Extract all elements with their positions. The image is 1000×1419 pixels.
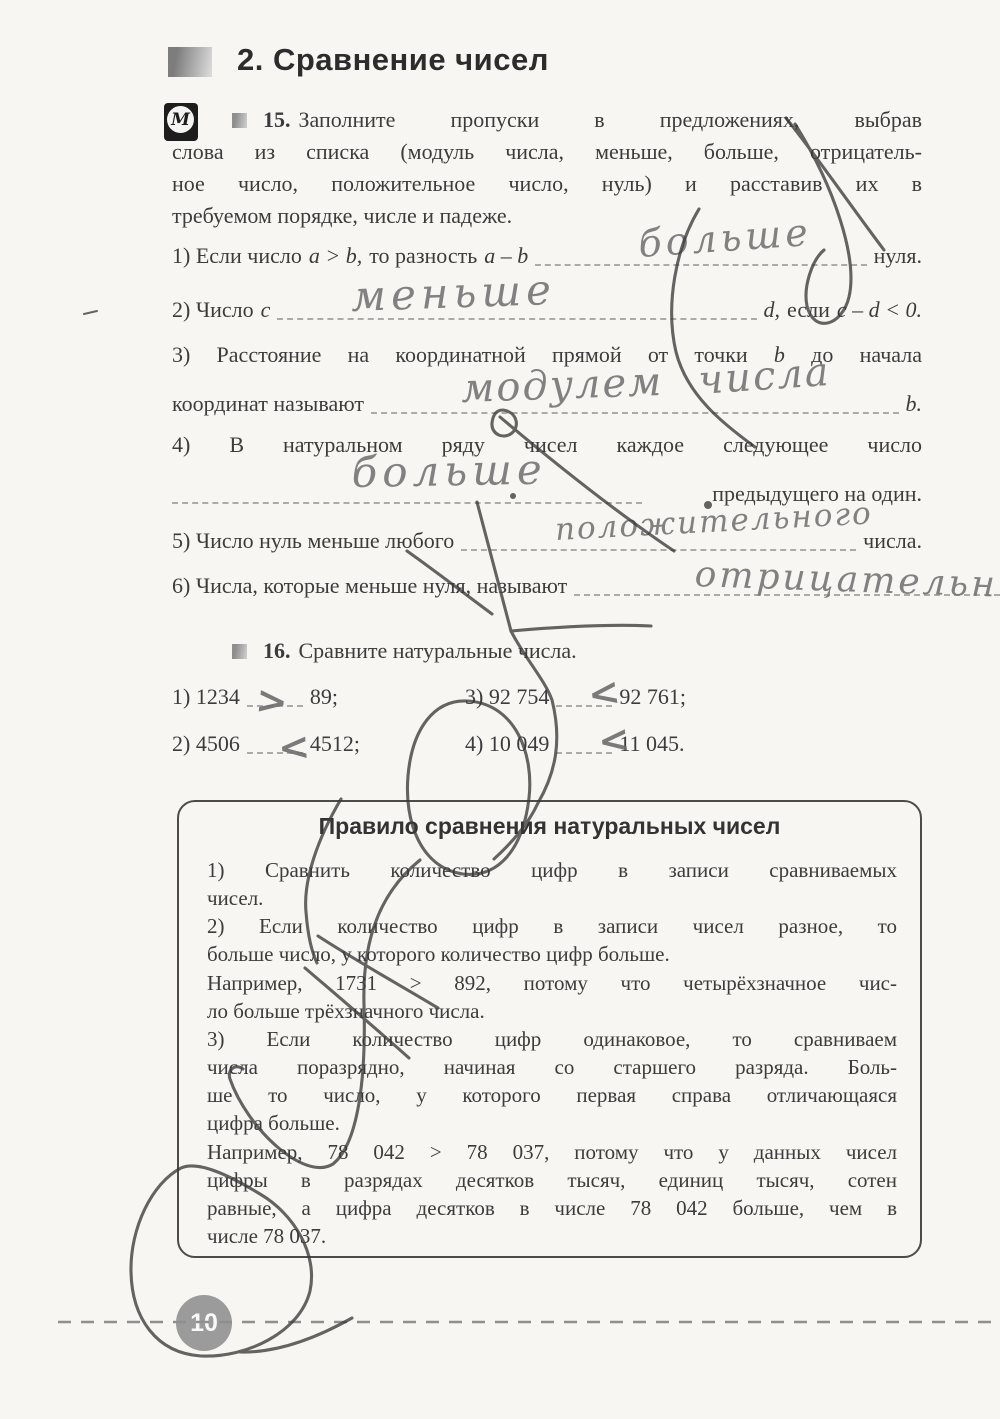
rule-line: Например, 1731 > 892, потому что четырёх… — [207, 970, 897, 997]
item-text: координат называют — [172, 391, 364, 417]
margin-mark — [84, 311, 97, 314]
task15-intro-line: слова из списка (модуль числа, меньше, б… — [172, 138, 922, 166]
rule-line: чисел. — [207, 885, 897, 912]
workbook-scanned-page: 2. Сравнение чисел М 15.Заполните пропус… — [0, 0, 1000, 1419]
handwritten-answer-4: больше — [351, 445, 547, 497]
item-text: если — [787, 297, 830, 323]
item-text: 1) Если число — [172, 243, 302, 269]
item-text: 6) Числа, которые меньше нуля, называют — [172, 573, 567, 599]
rule-line: 1) Сравнить количество цифр в записи сра… — [207, 857, 897, 884]
rule-line: цифры в разрядах десятков тысяч, единиц … — [207, 1167, 897, 1194]
task16-title: Сравните натуральные числа. — [299, 638, 577, 663]
task16-number: 16. — [263, 638, 291, 663]
page-number: 10 — [190, 1309, 218, 1338]
rule-line: 3) Если количество цифр одинаковое, то с… — [207, 1026, 897, 1053]
item-text: 1) 1234 — [172, 684, 240, 710]
item-text: 2) Число — [172, 297, 254, 323]
math-var: b. — [906, 391, 923, 417]
math-expr: c – d < 0. — [837, 297, 922, 323]
item-text: 92 761; — [619, 684, 686, 710]
method-badge-icon: М — [164, 103, 198, 141]
handwritten-answer-3b: числа — [697, 349, 832, 404]
handwritten-sign-4: < — [596, 715, 632, 763]
rule-box-title: Правило сравнения натуральных чисел — [177, 813, 922, 840]
item-text: 5) Число нуль меньше любого — [172, 528, 454, 554]
rule-line: равные, а цифра десятков в числе 78 042 … — [207, 1195, 897, 1222]
handwritten-answer-3a: модулем — [460, 359, 664, 412]
rule-line: числе 78 037. — [207, 1223, 897, 1250]
handwritten-sign-1: > — [254, 676, 290, 724]
task15-item-4-line1: 4) В натуральном ряду чисел каждое следу… — [172, 431, 922, 459]
task16-item-3: 3) 92 754 92 761; — [465, 684, 795, 710]
handwritten-answer-6: отрицательными — [694, 554, 1000, 609]
rule-line: больше число, у которого количество цифр… — [207, 941, 897, 968]
item-text: 3) 92 754 — [465, 684, 549, 710]
pen-stroke — [477, 502, 511, 631]
handwritten-answer-2: меньше — [350, 265, 556, 321]
section-title: 2. Сравнение чисел — [237, 42, 549, 78]
item-text: 89; — [310, 684, 338, 710]
task15-intro-line: 15.Заполните пропуски в предложениях, вы… — [232, 106, 922, 134]
item-text: 4) 10 049 — [465, 731, 549, 757]
rule-line: цифра больше. — [207, 1110, 897, 1137]
page-number-badge: 10 — [176, 1295, 232, 1351]
section-marker-icon — [168, 47, 212, 77]
task15-intro-text: Заполните пропуски в предложениях, выбра… — [299, 107, 923, 132]
pen-stroke — [511, 625, 651, 631]
task16-item-1: 1) 1234 89; — [172, 684, 442, 710]
handwritten-sign-3: < — [585, 668, 623, 717]
rule-line: ше то число, у которого первая справа от… — [207, 1082, 897, 1109]
task-bullet-icon — [232, 113, 247, 128]
task16-item-2: 2) 4506 4512; — [172, 731, 462, 757]
item-text: числа. — [863, 528, 922, 554]
method-badge-letter: М — [167, 106, 194, 133]
item-text: 4512; — [310, 731, 360, 757]
task15-intro-line: ное число, положительное число, нуль) и … — [172, 170, 922, 198]
handwritten-sign-2: < — [276, 723, 311, 770]
rule-line: Например, 78 042 > 78 037, потому что у … — [207, 1139, 897, 1166]
rule-line: ло больше трёхзначного числа. — [207, 998, 897, 1025]
rule-line: 2) Если количество цифр в записи чисел р… — [207, 913, 897, 940]
task15-number: 15. — [263, 107, 291, 132]
task-bullet-icon — [232, 644, 247, 659]
math-var: c — [261, 297, 271, 323]
item-text: нуля. — [874, 243, 922, 269]
pen-stroke — [240, 1318, 352, 1352]
math-var: a > b, — [309, 243, 362, 269]
item-text: 2) 4506 — [172, 731, 240, 757]
rule-line: числа поразрядно, начиная со старшего ра… — [207, 1054, 897, 1081]
math-var: d, — [764, 297, 781, 323]
task16-heading: 16.Сравните натуральные числа. — [232, 637, 922, 665]
item-text: то разность — [369, 243, 477, 269]
